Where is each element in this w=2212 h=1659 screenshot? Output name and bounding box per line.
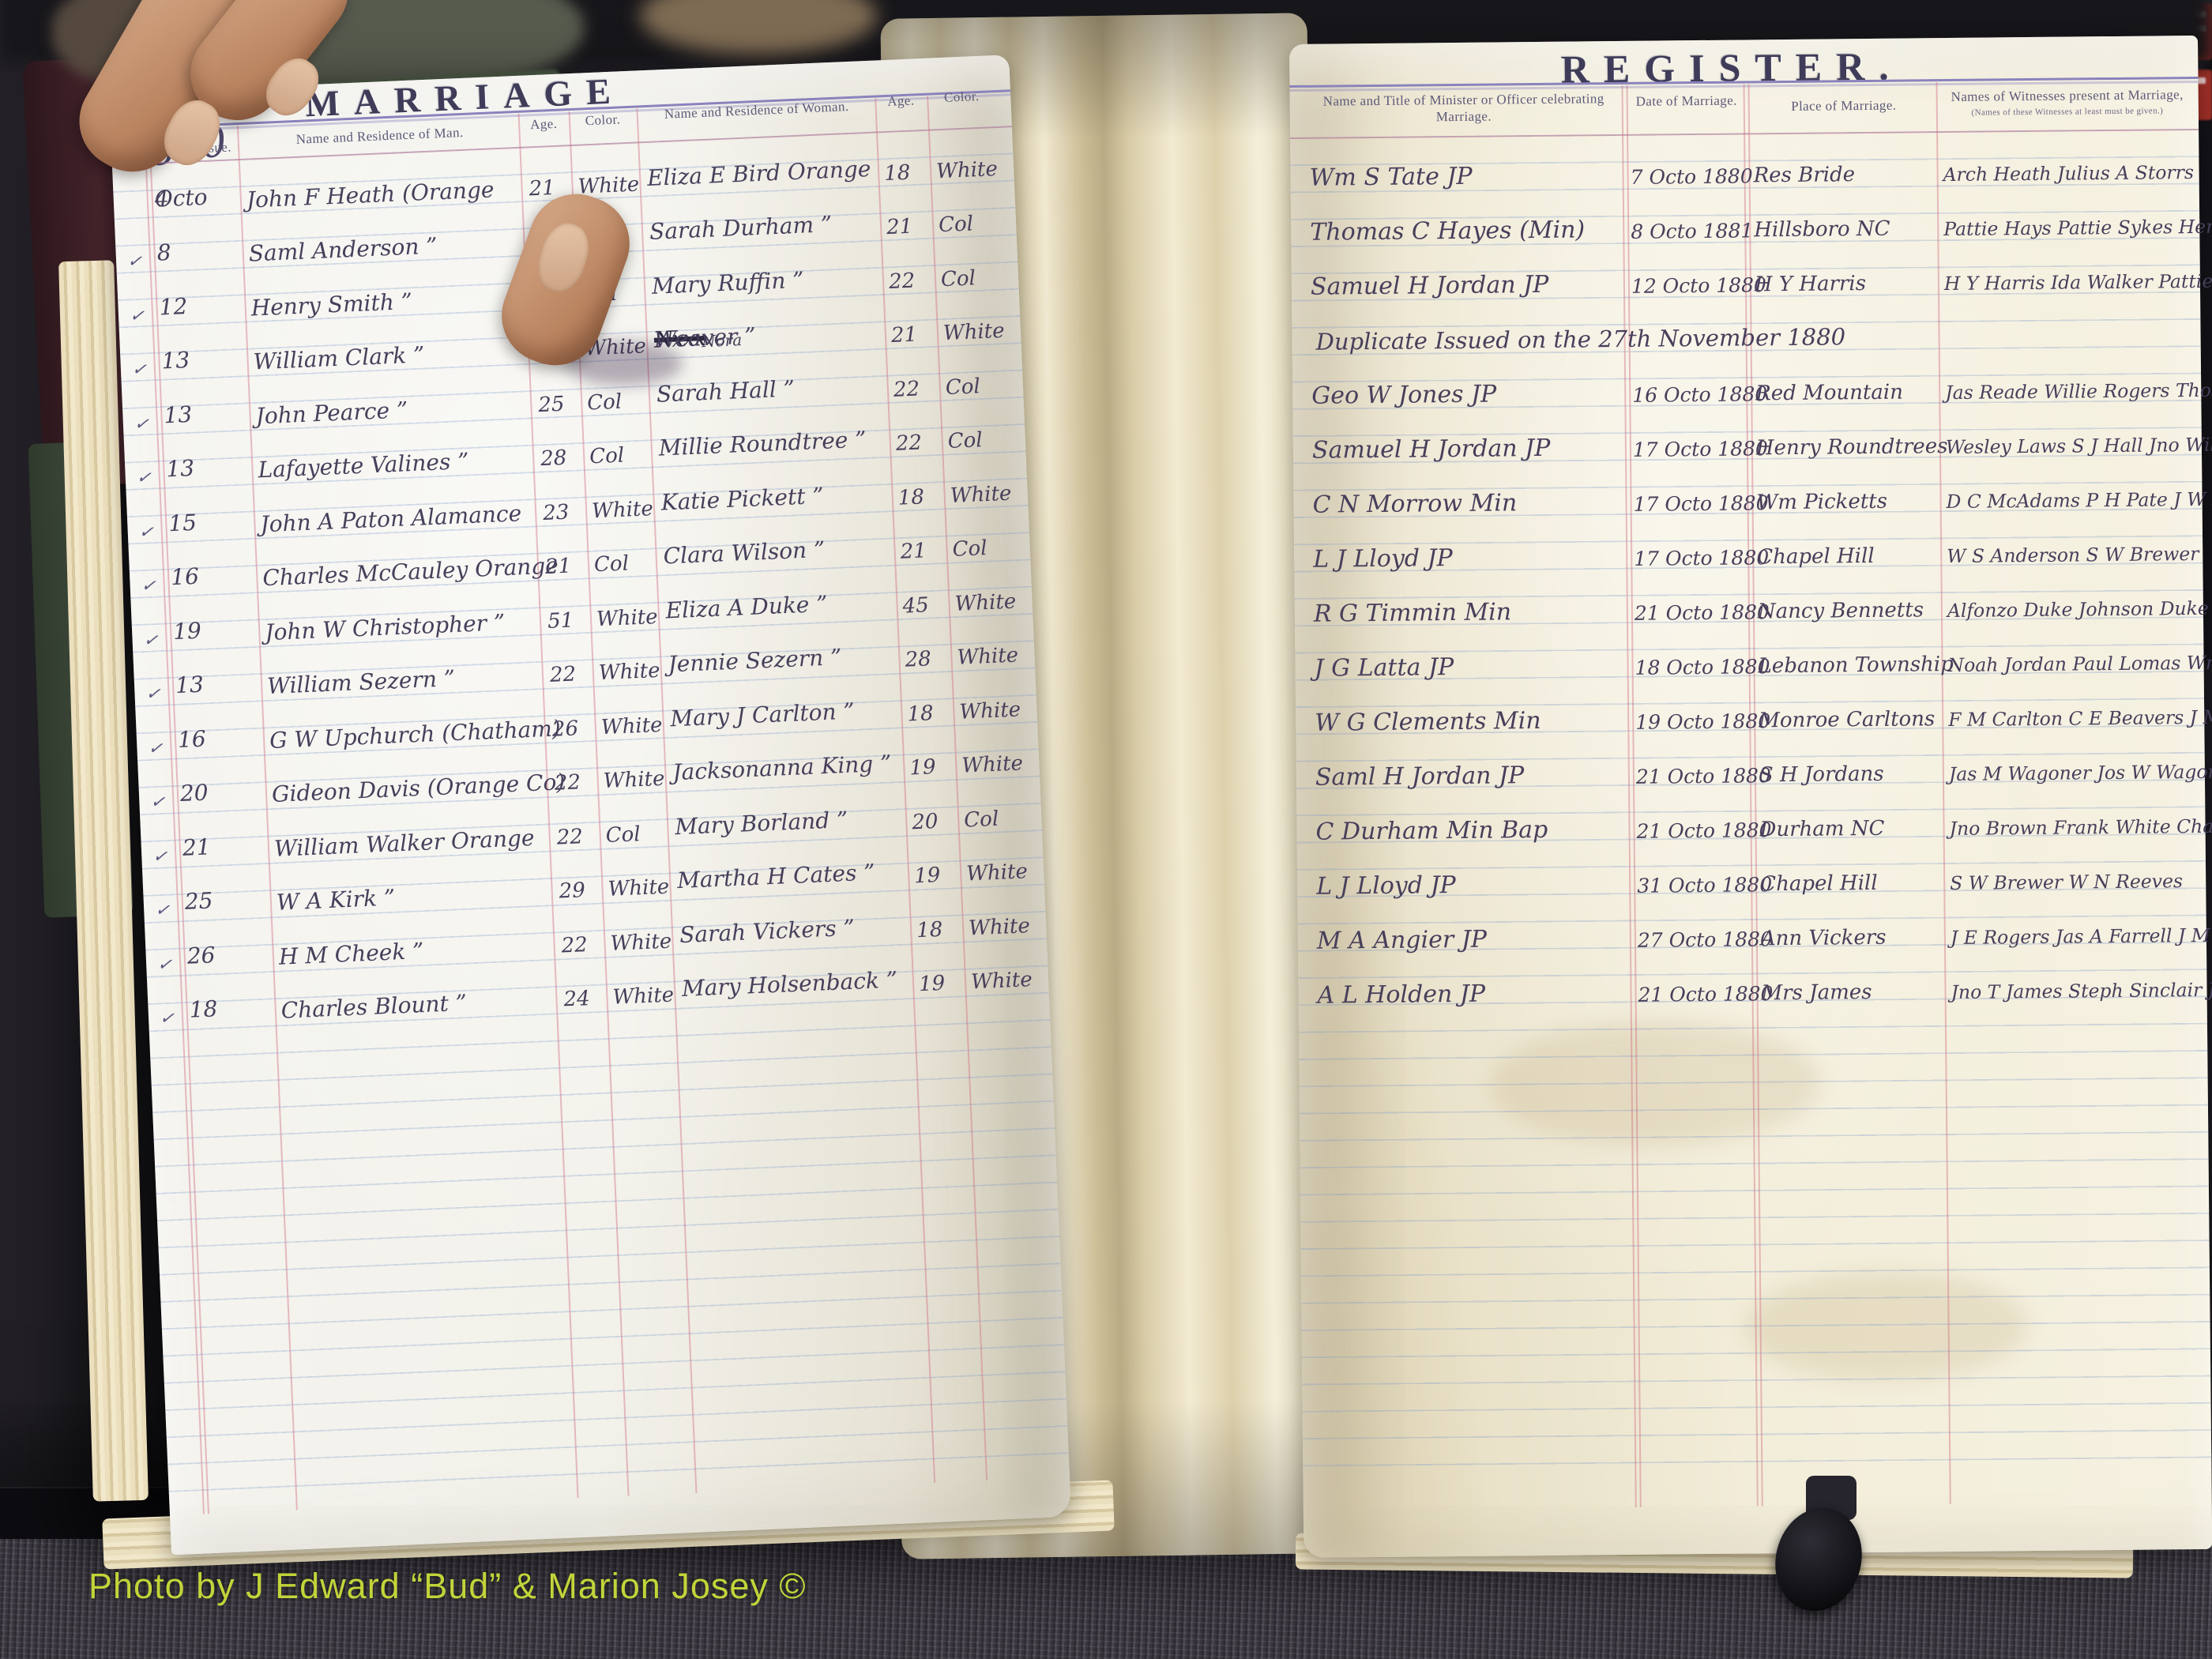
woman-age: 18 [916, 917, 943, 942]
col-header-color: Color. [570, 111, 636, 130]
man-color: Col [587, 389, 623, 415]
woman-name-text: Mary J Carlton ” [670, 698, 856, 732]
license-day: 25 [184, 887, 213, 914]
witnesses-names: Pattie Hays Pattie Sykes Henry Mebane [1943, 215, 2212, 241]
woman-name-text: Mary Ruffin ” [651, 266, 804, 299]
woman-name-text: Sarah Vickers ” [679, 914, 855, 947]
woman-color: White [954, 589, 1017, 615]
minister-name: Thomas C Hayes (Min) [1310, 216, 1585, 246]
man-name: John F Heath (Orange [246, 176, 495, 213]
man-name: Henry Smith ” [250, 288, 413, 321]
register-row: Wm S Tate JP 7 Octo 1880 Res Bride Arch … [1290, 134, 2199, 197]
marriage-date: 19 Octo 1880 [1635, 709, 1770, 734]
man-age: 22 [536, 338, 562, 363]
minister-name: Saml H Jordan JP [1315, 762, 1525, 792]
license-day: 4 [154, 185, 169, 212]
register-row: R G Timmin Min 21 Octo 1880 Nancy Bennet… [1294, 570, 2203, 633]
register-rows: Wm S Tate JP 7 Octo 1880 Res Bride Arch … [1290, 134, 2207, 1014]
marriage-place: Monroe Carltons [1759, 707, 1935, 732]
woman-name-text: Eliza E Bird Orange [646, 155, 871, 190]
register-row: L J Lloyd JP 31 Octo 1880 Chapel Hill S … [1297, 842, 2206, 905]
check-mark: ✓ [147, 738, 164, 759]
col-header-age: Age. [520, 115, 568, 134]
col-header-color2: Color. [930, 87, 994, 107]
woman-color: White [969, 914, 1031, 940]
witnesses-names: Alfonzo Duke Johnson Duke Nancy Bennett [1947, 596, 2212, 622]
man-age: 21 [531, 230, 558, 254]
man-color: Col [589, 444, 625, 469]
woman-color: White [966, 860, 1029, 886]
woman-age: 18 [884, 160, 911, 185]
register-row: C Durham Min Bap 21 Octo 1880 Durham NC … [1296, 788, 2206, 851]
license-day: 26 [186, 942, 216, 969]
license-day: 21 [182, 833, 211, 860]
woman-name-text: Millie Roundtree ” [658, 426, 867, 461]
marriage-place: Hillsboro NC [1754, 217, 1890, 243]
man-color: White [608, 875, 670, 901]
woman-color: White [961, 751, 1024, 777]
photo-scene: MARRIAGE b 1880 Date of Issue. Name and … [0, 0, 2212, 1659]
woman-name-text: Mary Borland ” [675, 806, 848, 839]
col-header-man: Name and Residence of Man. [245, 122, 514, 150]
man-name: John Pearce ” [255, 397, 408, 429]
woman-age: 19 [919, 972, 946, 996]
man-age: 26 [551, 717, 578, 741]
marriage-place: Ann Vickers [1761, 926, 1887, 951]
marriage-place: Nancy Bennetts [1758, 598, 1924, 623]
witnesses-names: Jno T James Steph Sinclair J H Berry [1951, 978, 2212, 1003]
minister-name: M A Angier JP [1317, 926, 1487, 955]
left-page-marriage: MARRIAGE b 1880 Date of Issue. Name and … [109, 55, 1071, 1555]
check-mark: ✓ [149, 792, 166, 813]
check-mark: ✓ [134, 413, 150, 434]
license-day: 20 [179, 779, 209, 806]
man-color: Col [582, 281, 618, 307]
woman-color: Col [952, 536, 987, 562]
man-age: 28 [540, 446, 567, 471]
woman-age: 28 [905, 647, 931, 671]
license-day: 16 [177, 725, 206, 752]
witnesses-names: Jas M Wagoner Jos W Wagoner M Williams [1949, 759, 2212, 785]
license-day: 19 [172, 617, 201, 644]
woman-color: Col [947, 428, 983, 453]
register-row: A L Holden JP 21 Octo 1880 Mrs James Jno… [1298, 951, 2207, 1014]
man-name: Saml Anderson ” [248, 232, 438, 266]
marriage-place: Wm Picketts [1756, 490, 1887, 515]
col-header-witnesses: Names of Witnesses present at Marriage, … [1943, 86, 2192, 119]
minister-name: L J Lloyd JP [1313, 544, 1453, 574]
license-day: 13 [175, 671, 204, 698]
man-name: H M Cheek ” [278, 937, 424, 969]
man-age: 21 [529, 175, 555, 200]
woman-color: White [936, 157, 999, 183]
witnesses-header-text: Names of Witnesses present at Marriage, [1951, 87, 2184, 104]
marriage-date: 17 Octo 1880 [1633, 437, 1768, 461]
man-color: White [612, 983, 675, 1009]
man-color: White [577, 172, 640, 198]
register-row: M A Angier JP 27 Octo 1880 Ann Vickers J… [1297, 897, 2206, 960]
register-row: L J Lloyd JP 17 Octo 1880 Chapel Hill W … [1294, 515, 2203, 578]
witnesses-names: Wesley Laws S J Hall Jno Wilson [1946, 433, 2212, 458]
register-row: W G Clements Min 19 Octo 1880 Monroe Car… [1296, 679, 2205, 742]
marriage-place: Henry Roundtrees [1756, 434, 1948, 460]
minister-name: L J Lloyd JP [1316, 871, 1456, 901]
marriage-date: 12 Octo 1880 [1631, 273, 1766, 298]
check-mark: ✓ [156, 954, 173, 976]
woman-age: 19 [914, 863, 941, 888]
duplicate-note: Duplicate Issued on the 27th November 18… [1315, 323, 1845, 355]
woman-color: White [957, 643, 1019, 669]
register-row: Saml H Jordan JP 21 Octo 1880 S H Jordan… [1296, 733, 2205, 796]
check-mark: ✓ [152, 846, 168, 867]
man-name: Lafayette Valines ” [258, 448, 469, 483]
woman-age: 20 [912, 809, 939, 833]
man-name: W A Kirk ” [276, 884, 396, 915]
check-mark: ✓ [136, 468, 152, 489]
witnesses-names: Jas Reade Willie Rogers Thos J Jones [1945, 378, 2212, 404]
register-row: Samuel H Jordan JP 12 Octo 1880 H Y Harr… [1292, 243, 2201, 306]
license-day: 13 [164, 401, 193, 427]
man-name: John W Christopher ” [265, 609, 506, 645]
license-day: 12 [159, 293, 188, 320]
check-mark: ✓ [159, 1008, 175, 1029]
minister-name: Geo W Jones JP [1311, 381, 1496, 410]
woman-name-text: Eliza A Duke ” [665, 590, 828, 623]
man-color: White [610, 929, 672, 955]
woman-name-text: Sarah Hall ” [656, 375, 795, 407]
marriage-date: 16 Octo 1880 [1632, 382, 1767, 407]
man-name: William Walker Orange [273, 824, 535, 861]
check-mark: ✓ [154, 900, 171, 921]
man-age: 23 [543, 500, 570, 525]
right-page-title: REGISTER. [1495, 43, 1969, 93]
woman-color: White [950, 481, 1012, 507]
man-age: 21 [545, 555, 572, 579]
woman-color: Col [938, 212, 973, 237]
woman-age: 21 [890, 323, 917, 348]
man-color: White [592, 497, 654, 523]
check-mark: ✓ [145, 683, 161, 705]
minister-name: J G Latta JP [1314, 653, 1454, 683]
woman-age: 18 [907, 702, 934, 726]
woman-color: Col [940, 266, 976, 292]
marriage-date: 17 Octo 1880 [1634, 546, 1769, 570]
woman-age: 19 [909, 755, 936, 780]
woman-name-text: Weaver ” [653, 322, 756, 352]
register-row: Thomas C Hayes (Min) 8 Octo 1881 Hillsbo… [1291, 188, 2200, 251]
col-header-marriage-date: Date of Marriage. [1631, 92, 1742, 111]
check-mark: ✓ [138, 521, 155, 543]
register-row: Geo W Jones JP 16 Octo 1880 Red Mountain… [1292, 352, 2202, 415]
witnesses-names: Jno Brown Frank White Champ Beard [1949, 814, 2212, 840]
minister-name: Wm S Tate JP [1309, 163, 1472, 192]
woman-age: 22 [893, 377, 920, 401]
register-row: J G Latta JP 18 Octo 1880 Lebanon Townsh… [1295, 624, 2204, 687]
man-color: White [603, 767, 665, 793]
man-name: William Clark ” [253, 341, 425, 374]
witnesses-names: Arch Heath Julius A Storrs [1943, 161, 2194, 186]
check-mark: ✓ [131, 359, 148, 381]
man-age: 32 [533, 284, 560, 308]
marriage-date: 21 Octo 1880 [1638, 982, 1773, 1006]
man-age: 25 [538, 392, 565, 416]
woman-name-text: Mary Holsenback ” [681, 966, 897, 1002]
license-day: 16 [171, 563, 200, 590]
license-day: 13 [166, 455, 195, 482]
marriage-date: 31 Octo 1880 [1637, 873, 1772, 897]
license-day: 8 [156, 239, 171, 266]
man-age: 29 [559, 878, 585, 903]
man-color: White [585, 334, 647, 360]
man-color: White [596, 604, 658, 630]
minister-name: C N Morrow Min [1312, 489, 1517, 518]
marriage-date: 18 Octo 1880 [1635, 655, 1770, 679]
license-day: 15 [168, 509, 197, 536]
witnesses-names: F M Carlton C E Beavers J M O'Kelly [1948, 705, 2212, 731]
check-mark: ✓ [126, 251, 143, 273]
marriage-date: 7 Octo 1880 [1630, 164, 1752, 188]
woman-age: 18 [897, 485, 924, 510]
man-name: William Sezern ” [267, 665, 456, 699]
col-header-place: Place of Marriage. [1755, 96, 1933, 115]
marriage-place: Durham NC [1759, 817, 1884, 842]
marriage-place: Mrs James [1761, 980, 1872, 1005]
minister-name: Samuel H Jordan JP [1312, 434, 1551, 465]
man-color: Col [580, 228, 615, 253]
marriage-date: 21 Octo 1880 [1636, 818, 1771, 843]
witnesses-header-note: (Names of these Witnesses at least must … [1943, 106, 2192, 119]
marriage-place: Lebanon Township [1758, 653, 1954, 678]
woman-age: 22 [895, 431, 922, 455]
man-name: John A Paton Alamance [260, 500, 522, 537]
witnesses-names: D C McAdams P H Pate J W Pickett [1946, 487, 2212, 513]
witnesses-names: S W Brewer W N Reeves [1950, 870, 2183, 894]
woman-age: 21 [900, 539, 927, 563]
photo-credit-watermark: Photo by J Edward “Bud” & Marion Josey © [88, 1566, 807, 1607]
marriage-date: 21 Octo 1880 [1636, 764, 1771, 788]
woman-name-text: Katie Pickett ” [660, 482, 824, 515]
license-day: 13 [161, 347, 190, 374]
man-age: 22 [549, 662, 576, 687]
col-header-minister: Name and Title of Minister or Officer ce… [1322, 90, 1606, 126]
man-age: 22 [554, 770, 581, 795]
witnesses-names: W S Anderson S W Brewer [1947, 543, 2199, 567]
right-page-register: REGISTER. Name and Title of Minister or … [1289, 36, 2212, 1558]
woman-age: 22 [888, 269, 915, 293]
marriage-place: H Y Harris [1755, 272, 1866, 296]
man-color: White [598, 659, 660, 685]
man-age: 22 [556, 825, 583, 849]
marriage-place: S H Jordans [1759, 762, 1884, 788]
man-color: Col [593, 551, 629, 577]
woman-name-text: Martha H Cates ” [677, 859, 876, 893]
marriage-rows: Octo 4 John F Heath (Orange 21 White Eli… [112, 130, 1049, 1034]
marriage-date: 21 Octo 1880 [1635, 600, 1770, 625]
woman-color: Col [964, 807, 999, 832]
witnesses-names: Noah Jordan Paul Lomas Wm Hart [1947, 651, 2212, 676]
check-mark: ✓ [142, 630, 159, 651]
man-color: Col [605, 822, 641, 848]
check-mark: ✓ [129, 305, 145, 326]
register-row: C N Morrow Min 17 Octo 1880 Wm Picketts … [1293, 461, 2203, 524]
witnesses-names: H Y Harris Ida Walker Pattie H Harris [1944, 269, 2212, 295]
minister-name: W G Clements Min [1315, 707, 1541, 737]
woman-color: Col [945, 374, 980, 400]
woman-color: White [942, 319, 1005, 345]
woman-color: White [959, 698, 1021, 724]
marriage-place: Red Mountain [1755, 381, 1903, 406]
woman-name-text: Clara Wilson ” [663, 536, 826, 570]
man-age: 51 [547, 608, 574, 633]
col-header-age2: Age. [876, 92, 926, 111]
minister-name: Samuel H Jordan JP [1311, 271, 1549, 301]
man-color: White [600, 713, 663, 739]
woman-name-text: Jacksonanna King ” [672, 750, 892, 785]
minister-name: A L Holden JP [1317, 980, 1485, 1010]
check-mark: ✓ [141, 576, 157, 597]
marriage-date: 8 Octo 1881 [1631, 219, 1753, 243]
marriage-place: Res Bride [1753, 163, 1855, 187]
minister-name: C Durham Min Bap [1315, 816, 1548, 846]
woman-name-text: Jennie Sezern ” [668, 644, 842, 677]
register-row: Duplicate Issued on the 27th November 18… [1292, 297, 2201, 360]
man-name: Charles Blount ” [280, 990, 467, 1024]
pencil-mark: b [220, 89, 231, 110]
license-day: 18 [189, 995, 218, 1022]
man-age: 22 [561, 933, 588, 957]
woman-age: 21 [886, 215, 913, 239]
marriage-place: Chapel Hill [1757, 544, 1875, 569]
man-age: 24 [563, 987, 590, 1011]
marriage-date: 27 Octo 1880 [1638, 927, 1773, 952]
woman-name-text: Sarah Durham ” [649, 211, 832, 245]
witnesses-names: J E Rogers Jas A Farrell J M Whitfield [1951, 924, 2212, 949]
register-row: Samuel H Jordan JP 17 Octo 1880 Henry Ro… [1293, 406, 2203, 469]
woman-age: 45 [902, 593, 929, 618]
marriage-date: 17 Octo 1880 [1633, 491, 1768, 516]
minister-name: R G Timmin Min [1314, 598, 1512, 627]
woman-color: White [970, 968, 1033, 994]
marriage-place: Chapel Hill [1760, 871, 1878, 896]
